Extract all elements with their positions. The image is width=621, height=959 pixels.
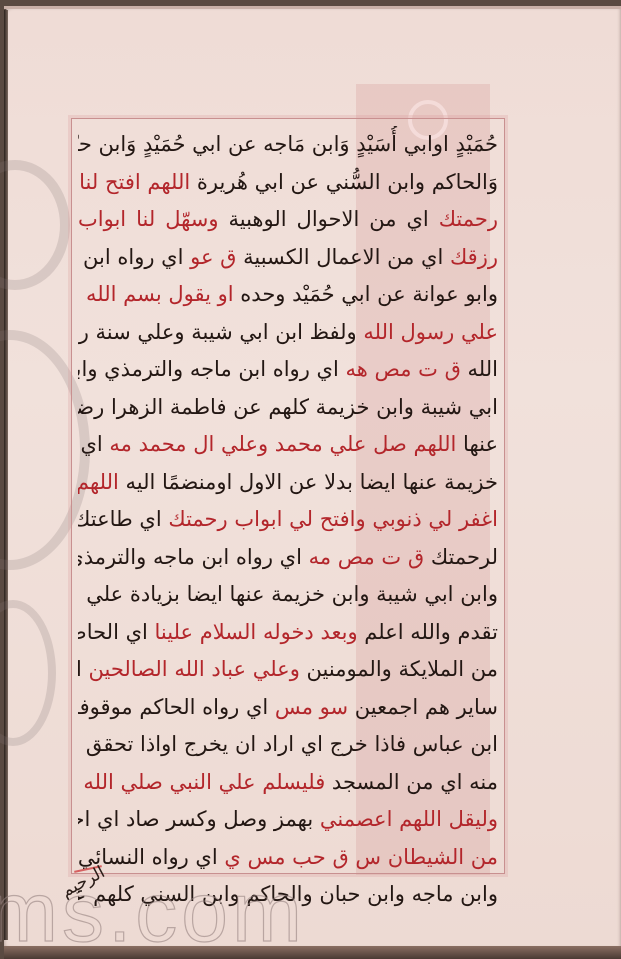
text-line: ساير هم اجمعين سو مس اي رواه الحاكم موقو… <box>78 689 498 727</box>
rubric-text: اللهم افتح لنا ابواب <box>78 170 190 194</box>
rubric-text: سو مس <box>268 695 348 719</box>
rubric-text: علي رسول الله <box>357 320 498 344</box>
rubric-text: رزقك <box>443 245 498 269</box>
body-text: اي رواه ابن ماجه <box>78 245 183 269</box>
body-text: اي من الاعمال الكسبية <box>236 245 443 269</box>
rubric-text: ق عو <box>183 245 236 269</box>
body-text: اي رواه الحاكم موقوفا من قول <box>78 695 268 719</box>
text-line: الله ق ت مص هه اي رواه ابن ماجه والترمذي… <box>78 351 498 389</box>
rubric-text: وعلي عباد الله الصالحين <box>82 657 300 681</box>
rubric-text: وبعد دخوله السلام علينا <box>148 620 358 644</box>
text-line: ابن عباس فاذا خرج اي اراد ان يخرج اواذا … <box>78 726 498 764</box>
body-text: الله <box>461 357 498 381</box>
text-line: منه اي من المسجد فليسلم علي النبي صلي ال… <box>78 764 498 802</box>
page-top-edge <box>4 6 621 9</box>
rubric-text: وسهّل لنا ابواب <box>78 207 219 231</box>
text-line: رزقك اي من الاعمال الكسبية ق عو اي رواه … <box>78 239 498 277</box>
text-line: اغفر لي ذنوبي وافتح لي ابواب رحمتك اي طا… <box>78 501 498 539</box>
body-text: ابي شيبة وابن خزيمة كلهم عن فاطمة الزهرا… <box>78 395 498 419</box>
rubric-text: اللهم صل علي محمد وعلي ال محمد مه <box>103 432 457 456</box>
body-text: بهمز وصل وكسر صاد اي احفظني <box>78 807 313 831</box>
text-line: حُمَيْدٍ اوابي أُسَيْدٍ وَابن مَاجه عن ا… <box>78 126 498 164</box>
manuscript-text: حُمَيْدٍ اوابي أُسَيْدٍ وَابن مَاجه عن ا… <box>78 126 498 914</box>
body-text: منه اي من المسجد <box>325 770 498 794</box>
body-text: اي طاعتك الموجبة <box>78 507 162 531</box>
text-line: وابن ابي شيبة وابن خزيمة عنها ايضا بزياد… <box>78 576 498 614</box>
text-line: وليقل اللهم اعصمني بهمز وصل وكسر صاد اي … <box>78 801 498 839</box>
rubric-text: او يقول بسم الله والسلام <box>78 282 234 306</box>
body-text: وابو عوانة عن ابي حُمَيْد وحده <box>234 282 498 306</box>
site-watermark: ms.com <box>0 864 306 959</box>
text-line: من الملايكة والمومنين وعلي عباد الله الص… <box>78 651 498 689</box>
body-text: وَالحاكم وابن السُّني عن ابي هُريرة <box>190 170 498 194</box>
body-text: اي رواه ابن ماجه والترمذي <box>78 545 302 569</box>
body-text: خزيمة عنها ايضا بدلا عن الاول اومنضمًا ا… <box>119 470 498 494</box>
text-line: عنها اللهم صل علي محمد وعلي ال محمد مه ا… <box>78 426 498 464</box>
body-text: ساير هم اجمعين <box>348 695 498 719</box>
text-line: وَالحاكم وابن السُّني عن ابي هُريرة الله… <box>78 164 498 202</box>
body-text: عنها <box>456 432 498 456</box>
body-text: اي رواه ابن ماجه والترمذي وابن <box>78 357 339 381</box>
rubric-text: اغفر لي ذنوبي وافتح لي ابواب رحمتك <box>162 507 498 531</box>
text-line: علي رسول الله ولفظ ابن ابي شيبة وعلي سنة… <box>78 314 498 352</box>
text-line: رحمتك اي من الاحوال الوهبية وسهّل لنا اب… <box>78 201 498 239</box>
rubric-text: رحمتك <box>429 207 498 231</box>
body-text: حُمَيْدٍ اوابي أُسَيْدٍ وَابن مَاجه عن ا… <box>78 132 498 156</box>
rubric-text: اللهم <box>78 470 119 494</box>
rubric-text: من الشيطان <box>381 845 498 869</box>
body-text: اي رواه ابن <box>78 432 103 456</box>
text-line: خزيمة عنها ايضا بدلا عن الاول اومنضمًا ا… <box>78 464 498 502</box>
text-line: لرحمتك ق ت مص مه اي رواه ابن ماجه والترم… <box>78 539 498 577</box>
body-text: من الملايكة والمومنين <box>300 657 498 681</box>
body-text: اي من الاحوال الوهبية <box>219 207 429 231</box>
rubric-text: فليسلم علي النبي صلي الله عليه وسلم <box>78 770 325 794</box>
body-text: اي الحاضرين <box>78 620 148 644</box>
body-text: ابن عباس فاذا خرج اي اراد ان يخرج اواذا … <box>78 732 498 756</box>
body-text: لرحمتك <box>424 545 498 569</box>
text-line: ابي شيبة وابن خزيمة كلهم عن فاطمة الزهرا… <box>78 389 498 427</box>
text-line: وابو عوانة عن ابي حُمَيْد وحده او يقول ب… <box>78 276 498 314</box>
rubric-text: ق ت مص مه <box>302 545 424 569</box>
body-text: وابن ابي شيبة وابن خزيمة عنها ايضا بزياد… <box>78 582 498 606</box>
rubric-text: ق ت مص هه <box>339 357 461 381</box>
text-line: تقدم والله اعلم وبعد دخوله السلام علينا … <box>78 614 498 652</box>
body-text: تقدم والله اعلم <box>358 620 498 644</box>
rubric-text: وليقل اللهم اعصمني <box>313 807 498 831</box>
body-text: ولفظ ابن ابي شيبة وعلي سنة رسول <box>78 320 357 344</box>
page-bottom-edge <box>4 946 621 959</box>
